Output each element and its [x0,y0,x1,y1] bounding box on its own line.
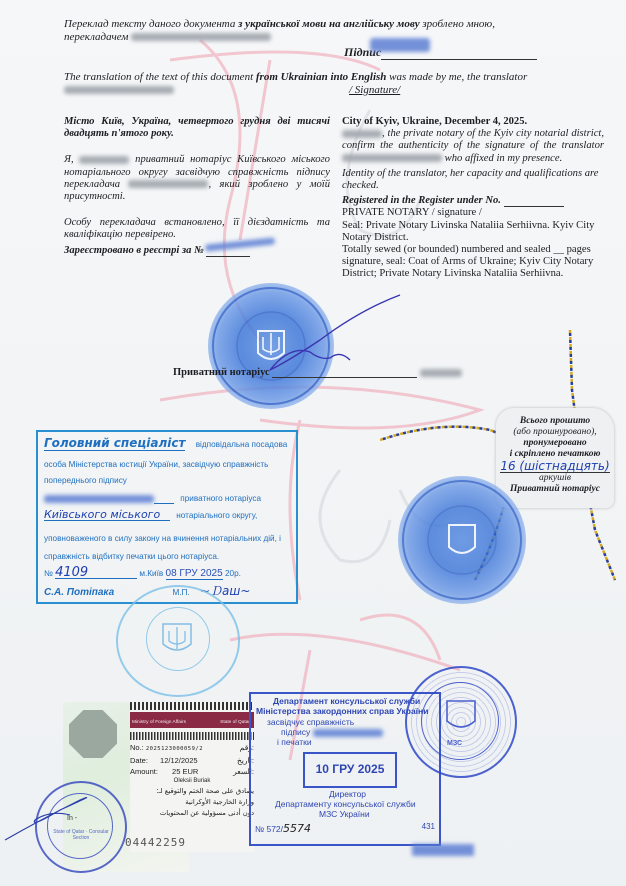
uk-cert-start: Я, [64,154,74,165]
mfa-line-5: і печатки [277,738,312,748]
qatar-amount-value: 25 EUR [172,767,198,776]
qatar-serial: 04442259 [125,836,186,849]
uk-city-date: Місто Київ, Україна, четвертого грудня д… [64,116,330,140]
ministry-justice-stamp: Головний спеціаліст відповідальна посадо… [36,430,298,604]
stamp-line-6: уповноваженого в силу закону на вчинення… [44,534,281,544]
right-column: City of Kyiv, Ukraine, December 4, 2025.… [342,116,604,281]
en-register-line [504,197,564,207]
en-sewed-description: Totally sewed (or bounded) numbered and … [342,244,604,281]
uk-registered: Зареєстровано в реєстрі за № [64,245,330,257]
binding-line-3: пронумеровано [496,438,614,449]
binding-line-1: Всього прошито [496,416,614,427]
stamp-line-1: відповідальна посадова [196,440,288,449]
mfa-seal: МЗС [405,666,517,778]
stamp-line-5-tail: нотаріального округу, [176,511,257,520]
en-signature-label: / Signature/ [349,84,400,96]
stamp-line-2: особа Міністерства юстиції України, засв… [44,460,268,470]
en-note-text-2: was made by me, the translator [386,71,527,83]
qatar-emblem-icon [69,710,117,758]
trident-icon [443,698,479,734]
redacted-translator-en [342,154,442,162]
justice-department-seal [116,585,240,697]
qatar-fields: No.: 2025123000059/2 رقم: Date: 12/12/20… [130,742,254,819]
en-city-date: City of Kyiv, Ukraine, December 4, 2025. [342,116,604,128]
mfa-date: 10 ГРУ 2025 [303,752,397,788]
stamp-date: 08 ГРУ 2025 [166,568,223,580]
redacted-mfa-name-stamp [412,844,474,856]
mfa-seal-center: МЗС [447,740,462,747]
redacted-notary-name [79,156,129,164]
qatar-signature [0,780,120,850]
qatar-date-value: 12/12/2025 [160,756,198,765]
stamp-underline [154,497,174,504]
qatar-ministry: Ministry of Foreign Affairs [132,720,186,725]
qatar-header-bar: Ministry of Foreign Affairs State of Qat… [130,712,254,728]
mfa-line-4-text: підпису [281,727,310,737]
en-note-bold: from Ukrainian into English [256,71,387,83]
mfa-corner-number: 431 [422,822,435,832]
redacted-notary-name-en [342,130,382,138]
stamp-number-label: № [44,569,53,578]
en-identity: Identity of the translator, her capacity… [342,168,604,192]
en-registered: Registered in the Register under No. [342,195,604,207]
notarized-document-page: Переклад тексту даного документа з украї… [0,0,626,886]
mfa-ministry: МЗС України [319,810,370,820]
stamp-line-5: Київського міського нотаріального округу… [44,510,257,521]
stamp-year-end: р. [234,569,241,578]
en-translation-note: The translation of the text of this docu… [64,71,624,96]
barcode [130,702,254,710]
stamp-line-4: приватного нотаріуса [44,494,261,504]
qatar-no-value: 2025123000059/2 [146,746,203,752]
uk-identity: Особу перекладача встановлено, її дієзда… [64,217,330,241]
redacted-notary-name-stamp [44,495,154,503]
qatar-sticker-details: Ministry of Foreign Affairs State of Qat… [130,702,254,852]
stamp-official-title: Головний спеціаліст [44,436,185,451]
uk-note-text-2: зроблено мною, [420,18,495,30]
notary-seal-binding [398,476,526,604]
barcode-2 [130,732,254,740]
uk-translation-note: Переклад тексту даного документа з украї… [64,18,620,43]
stamp-city: м.Київ [139,569,163,578]
stamp-handwritten-district: Київського міського [44,510,170,521]
qatar-arabic-text: يصادق على صحة الختم والتوقيع لـ: وزارة ا… [130,786,254,819]
qatar-state: State of Qatar [220,720,250,725]
stamp-line-3: попереднього підпису [44,476,127,486]
qatar-amount-label: Amount: [130,767,158,776]
redacted-translator-name-en [64,86,174,94]
en-registered-label: Registered in the Register under No. [342,195,501,206]
binding-line-2: (або прошнуровано), [496,427,614,438]
stamp-year: 20 [225,569,234,578]
stamp-official-name: С.А. Потіпака [44,587,114,598]
left-column: Місто Київ, Україна, четвертого грудня д… [64,116,330,257]
trident-icon [398,476,526,604]
en-cert-end: who affixed in my presence. [445,153,563,164]
stamp-number-value: 4109 [55,568,137,579]
stamp-number-row: № 4109 м.Київ 08 ГРУ 2025 20р. [44,568,290,579]
mfa-number-label: № 572/ [255,824,283,834]
uk-note-text: Переклад тексту даного документа [64,18,238,30]
notary-sign-label: Приватний нотаріус [173,367,270,378]
binding-sheet-count: 16 (шістнадцять) [500,461,610,473]
qatar-date-label: Date: [130,756,148,765]
en-note-text: The translation of the text of this docu… [64,71,256,83]
qatar-arabic-line-1: يصادق على صحة الختم والتوقيع لـ: [130,786,254,797]
stamp-line-7: справжність відбитку печатки цього нотар… [44,552,219,562]
uk-note-line2: перекладачем [64,31,128,43]
mfa-number-hand: 5574 [283,822,311,835]
trident-icon [160,621,194,657]
uk-note-bold: з української мови на англійську мову [238,18,420,30]
qatar-arabic-line-3: دون أدنى مسؤولية عن المحتويات [130,808,254,819]
en-seal-description: Seal: Private Notary Livinska Nataliia S… [342,220,604,244]
redacted-translator-name [131,33,271,41]
mfa-number-row: № 572/5574 [255,824,311,835]
qatar-arabic-line-2: وزارة الخارجية الأوكرانية [130,797,254,808]
en-notary-signature: PRIVATE NOTARY / signature / [342,207,604,219]
stamp-line-4-tail: приватного нотаріуса [180,494,261,503]
redacted-signatory [313,729,383,737]
qatar-no-label: No.: [130,743,144,752]
uk-registered-label: Зареєстровано в реєстрі за № [64,245,204,256]
redacted-translator-name-uk [128,180,208,188]
mfa-line-2: Міністерства закордонних справ України [256,707,428,717]
qatar-name: Oleksii Buriak [130,777,254,786]
uk-certification: Я, приватний нотаріус Київського міськог… [64,154,330,203]
en-certification: , the private notary of the Kyiv city no… [342,128,604,165]
redacted-translator-signature [370,38,430,52]
